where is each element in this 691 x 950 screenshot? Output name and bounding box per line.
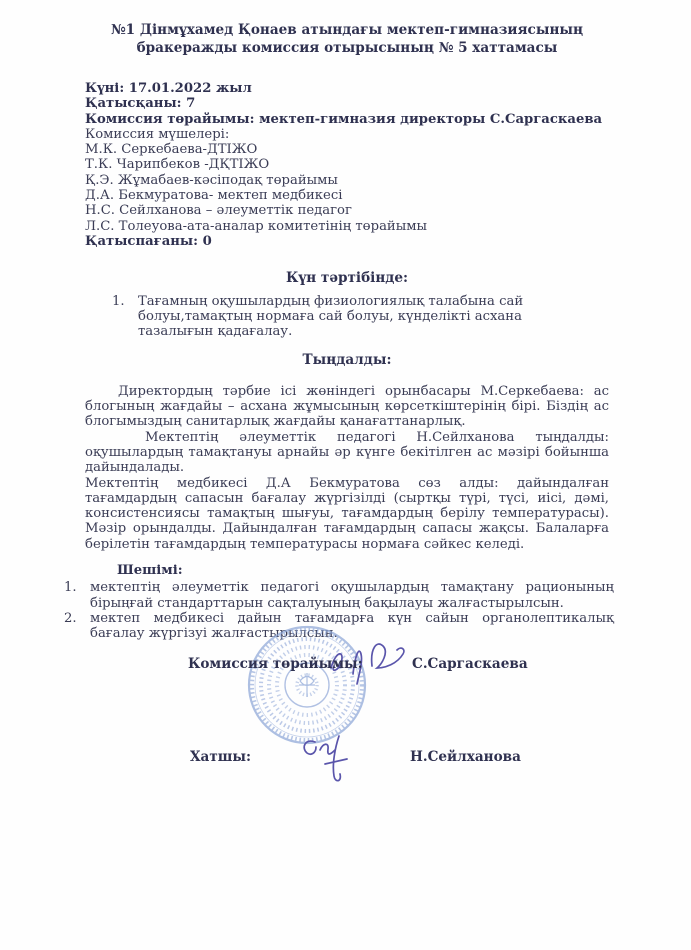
document-title-line2: бракеражды комиссия отырысының № 5 хатта…	[85, 39, 609, 57]
heard-paragraph: Мектептің әлеуметтік педагогі Н.Сейлхано…	[85, 430, 609, 476]
absent-line: Қатыспағаны: 0	[85, 234, 609, 249]
member-line: Н.С. Сейлханова – әлеуметтік педагог	[85, 203, 609, 218]
attended-line: Қатысқаны: 7	[85, 96, 609, 111]
document-title: №1 Дінмұхамед Қонаев атындағы мектеп-гим…	[85, 21, 609, 57]
member-line: М.К. Серкебаева-ДТІЖО	[85, 142, 609, 157]
agenda-item-number: 1.	[112, 294, 138, 340]
member-line: Қ.Э. Жұмабаев-кәсіподақ төрайымы	[85, 173, 609, 188]
scanned-protocol-page: №1 Дінмұхамед Қонаев атындағы мектеп-гим…	[0, 0, 691, 950]
chair-role-label: Комиссия төрайымы:	[188, 656, 363, 672]
agenda-heading: Күн тәртібінде:	[85, 271, 609, 286]
member-line: Т.К. Чарипбеков -ДҚТІЖО	[85, 157, 609, 172]
member-line: Л.С. Толеуова-ата-аналар комитетінің төр…	[85, 219, 609, 234]
document-body: №1 Дінмұхамед Қонаев атындағы мектеп-гим…	[85, 0, 609, 642]
members-label: Комиссия мүшелері:	[85, 127, 609, 142]
agenda-item-text: Тағамның оқушылардың физиологиялық талаб…	[138, 294, 582, 340]
decision-item-number: 1.	[64, 580, 90, 611]
chair-line: Комиссия төрайымы: мектеп-гимназия дирек…	[85, 112, 609, 127]
document-title-line1: №1 Дінмұхамед Қонаев атындағы мектеп-гим…	[85, 21, 609, 39]
date-line: Күні: 17.01.2022 жыл	[85, 81, 609, 96]
decision-item: 1. мектептің әлеуметтік педагогі оқушыла…	[64, 580, 614, 611]
member-line: Д.А. Бекмуратова- мектеп медбикесі	[85, 188, 609, 203]
heard-heading: Тыңдалды:	[85, 353, 609, 368]
secretary-name: Н.Сейлханова	[410, 749, 521, 765]
meta-block: Күні: 17.01.2022 жыл Қатысқаны: 7 Комисс…	[85, 81, 609, 249]
decision-item-text: мектептің әлеуметтік педагогі оқушыларды…	[90, 580, 614, 611]
heard-paragraphs: Директордың тәрбие ісі жөніндегі орынбас…	[85, 384, 609, 552]
decision-item-number: 2.	[64, 611, 90, 642]
heard-paragraph: Директордың тәрбие ісі жөніндегі орынбас…	[85, 384, 609, 430]
secretary-signature	[299, 732, 361, 790]
heard-paragraph: Мектептің медбикесі Д.А Бекмуратова сөз …	[85, 476, 609, 552]
secretary-role-label: Хатшы:	[190, 749, 251, 765]
chair-name: С.Саргаскаева	[412, 656, 528, 672]
decision-heading: Шешімі:	[117, 563, 609, 578]
agenda-item: 1. Тағамның оқушылардың физиологиялық та…	[112, 294, 582, 340]
